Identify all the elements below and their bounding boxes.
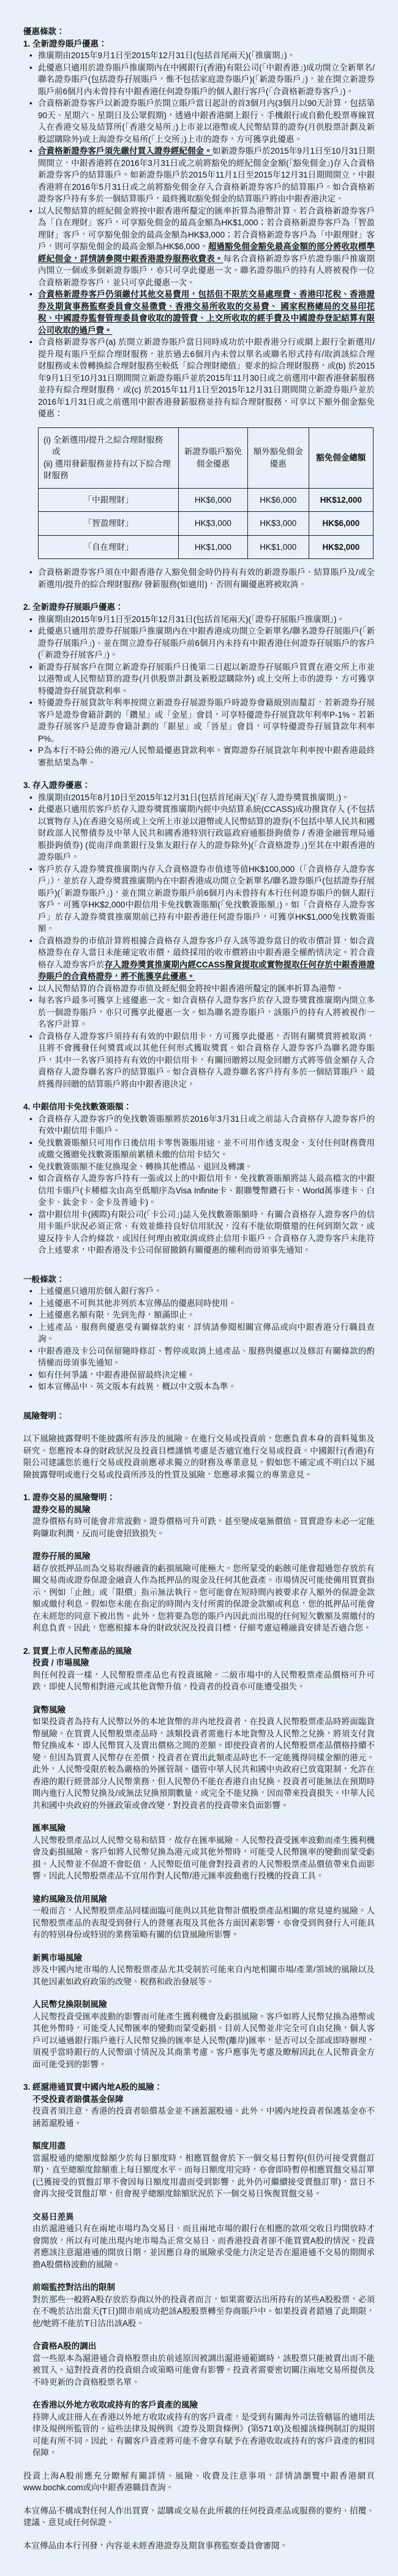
bullet-item: 免找數簽賬額只可用作日後信用卡零售簽賬用途，並不可用作透支現金、支付任何財務費用… xyxy=(23,1137,375,1161)
bullet-item: 新證券孖展客戶在開立新證券孖展賬戶日後第二日起以新證券孖展賬戶買賣在港交所上市並… xyxy=(23,661,375,697)
text-run: 合資格存入證券客戶的免找數簽賬額將於2016年3月31日或之前誌入合資格存入證券… xyxy=(38,1114,375,1136)
text-run: 投資 / 市場風險 xyxy=(32,1658,89,1667)
table-cell: HK$6,000 xyxy=(309,512,373,536)
text-run: 持牌人或註冊人在香港以外地方收取或持有的客戶資產，是受到有關海外司法管轄區的適用… xyxy=(32,2413,375,2458)
text-run: 合資格A股的調出 xyxy=(32,2341,96,2351)
table-cell: HK$6,000 xyxy=(247,488,309,512)
text-run: 一般條款： xyxy=(23,1275,65,1284)
text-run: 推廣期由2015年8月10日至2015年12月31日(包括首尾兩天)(「存入證券… xyxy=(38,793,350,802)
text-run: 合資格新證券客戶須在中銀香港存入豁免佣金時仍持有有效的新證券賬戶、結算賬戶及/或… xyxy=(38,568,375,589)
text-run: 貨幣風險 xyxy=(32,1705,66,1714)
risk-paragraph: 持牌人或註冊人在香港以外地方收取或持有的客戶資產，是受到有關海外司法管轄區的適用… xyxy=(23,2411,375,2459)
numbered-section-heading: 2. 買賣上市人民幣產品的風險 xyxy=(23,1645,375,1658)
bullet-item: 此優惠只適用於客戶於存入證券獎賞推廣期內經中央結算系統(CCASS)成功撥貨存入… xyxy=(23,803,375,863)
text-run: 合資格新證券客戶以新證券賬戶於開立賬戶當日起計的首3個月內(3個月以90天計算，… xyxy=(38,99,375,144)
text-run: 特優證券孖展貸款年利率按開立新證券孖展證券賬戶時證券會籍級別而釐訂，若新證券孖展… xyxy=(38,698,375,743)
risk-paragraph: 投資者須注意，香港的投資者賠償基金並不涵蓋滬股通。此外，中國內地投資者保護基金亦… xyxy=(23,2105,375,2129)
risk-subheading: 證券孖展的風險 xyxy=(23,1550,375,1563)
text-run: 以下風險披露聲明不能披露所有涉及的風險。在進行交易或投資前，您應負責本身的資料蒐… xyxy=(23,1434,375,1479)
table-cell: HK$12,000 xyxy=(309,488,373,512)
risk-paragraph: 當一些原本為滬港通合資格股票由於前述原因被調出滬港通範圍時，該股票只能被賣出而不… xyxy=(23,2353,375,2389)
text-run: 由於滬港通只有在兩地市場均為交易日、而且兩地市場的銀行在相應的款項交收日均開放時… xyxy=(32,2224,375,2269)
section-number: 1. xyxy=(23,39,32,48)
text-run: 不受投資者賠償基金保障 xyxy=(32,2095,124,2104)
table-header-line: (ii) 選用發薪服務並持有以下綜合理財服務 xyxy=(43,458,173,482)
text-run: 投資上海A股前應充分瞭解有關詳情、風險、收費及注意事項，詳情請瀏覽中銀香港網頁w… xyxy=(23,2471,375,2493)
bullet-item: 此優惠只適用於證券賬戶推廣期內在中國銀行(香港)有限公司(「中銀香港」)成功開立… xyxy=(23,62,375,98)
table-header-line: (i) 全新選用/提升之綜合理財服務 xyxy=(43,434,173,446)
table-cell: HK$1,000 xyxy=(179,535,247,559)
bullet-item: 上述產品、服務與優惠受有關條款約束，詳情請參閱相關宣傳品或向中銀香港分行職員查詢… xyxy=(23,1321,375,1345)
bullet-item: 免找數簽賬額不能兌換現金、轉換其他禮品、退回及轉讓。 xyxy=(23,1161,375,1173)
table-header-cell: 豁免佣金總額 xyxy=(309,427,373,488)
bullet-item: 合資格存入證券客戶須持有有效的中銀信用卡，方可獲享此優惠，否則有關獎賞將被取消，… xyxy=(23,1031,375,1091)
table-cell: 「自在理財」 xyxy=(39,535,179,559)
bullet-item: 以人民幣結算的合資格證券市值及經紀佣金將按中銀香港所釐定的匯率折算為港幣。 xyxy=(23,983,375,995)
text-run: 額度用盡 xyxy=(32,2141,66,2150)
numbered-section-heading: 3. 經滬港通買賣中國內地A股的風險： xyxy=(23,2081,375,2093)
text-run: 對於那些一般將A股存放於券商以外的投資者而言，如果需要沽出所持有的某些A股股票，… xyxy=(32,2295,375,2328)
text-run: 上述優惠只適用於個人銀行客戶。 xyxy=(38,1286,162,1296)
section-number: 2. xyxy=(23,603,32,612)
risk-subheading: 匯率風險 xyxy=(23,1822,375,1834)
bullet-item: 合資格新證券客戶仍須繳付其他交易費用，包括但不限於交易處理費、香港印花稅、香港證… xyxy=(23,288,375,336)
section-number: 3. xyxy=(23,2082,32,2092)
risk-subheading: 在香港以外地方收取或持有的客戶資產的風險 xyxy=(23,2399,375,2411)
text-run: 投資者須注意，香港的投資者賠償基金並不涵蓋滬股通。此外，中國內地投資者保護基金亦… xyxy=(32,2106,375,2128)
text-run: 證券交易的風險 xyxy=(32,1505,91,1514)
risk-subheading: 不受投資者賠償基金保障 xyxy=(23,2093,375,2106)
text-run: 證券價格有時可能會非常波動。證券價格可升可跌，甚至變成毫無價值。買賣證券未必一定… xyxy=(32,1517,375,1538)
promo-terms-document: 優惠條款：1. 全新證券賬戶優惠：推廣期由2015年9月1日至2015年12月3… xyxy=(0,0,398,2576)
risk-subheading: 人民幣兌換限制風險 xyxy=(23,1999,375,2011)
bullet-item: 上述優惠名額有限，先到先得，額滿即止。 xyxy=(23,1309,375,1321)
risk-paragraph: 人民幣投資受匯率波動的影響而可能產生獲利機會及虧損風險。客戶如將人民幣兌換為港幣… xyxy=(23,2011,375,2071)
text-run: 如合資格存入證券客戶持有一張或以上的中銀信用卡，免找數簽賬額將誌入最高檔次的中銀… xyxy=(38,1174,375,1207)
text-run: 一般而言，人民幣股票產品同樣面臨可能與以其他貨幣計價股票產品相關的常見違約風險。… xyxy=(32,1906,375,1939)
text-run: 存入證券優惠： xyxy=(32,781,91,790)
closing-paragraph: 以下風險披露聲明不能披露所有涉及的風險。在進行交易或投資前，您應負責本身的資料蒐… xyxy=(23,1433,375,1481)
text-run: 風險聲明： xyxy=(23,1411,65,1421)
table-cell: HK$3,000 xyxy=(179,512,247,536)
text-run: 本宣傳品不構成對任何人作出買賣、認購或交易在此所載的任何投資產品或服務的要約、招… xyxy=(23,2506,375,2528)
text-run: 上述優惠不可與其他非列於本宣傳品的優惠同時使用。 xyxy=(38,1299,236,1308)
table-cell: HK$1,000 xyxy=(247,535,309,559)
bullet-item: 客戶於存入證券獎賞推廣期內存入合資格證券市值達等值HK$100,000（「合資格… xyxy=(23,863,375,935)
bullet-item: 以人民幣結算的經紀佣金將按中銀香港所釐定的匯率折算為港幣計算。若合資格新證券客戶… xyxy=(23,205,375,289)
text-run: 合資格存入證券客戶須持有有效的中銀信用卡，方可獲享此優惠，否則有關獎賞將被取消，… xyxy=(38,1032,375,1089)
table-cell: HK$3,000 xyxy=(247,512,309,536)
bullet-item: 如本宣傳品中、英文版本有歧異，概以中文版本為準。 xyxy=(23,1381,375,1393)
text-run: 此優惠只適用於證券賬戶推廣期內在中國銀行(香港)有限公司(「中銀香港」)成功開立… xyxy=(38,63,375,96)
text-run: 客戶於存入證券獎賞推廣期內存入合資格證券市值達等值HK$100,000（「合資格… xyxy=(38,865,375,934)
numbered-section-heading: 3. 存入證券優惠： xyxy=(23,779,375,792)
table-cell: HK$6,000 xyxy=(179,488,247,512)
bullet-item: 每名客戶最多可獲享上述優惠一次。如合資格存入證券客戶於存入證券獎賞推廣期內開立多… xyxy=(23,994,375,1031)
commission-waiver-table: (i) 全新選用/提升之綜合理財服務或(ii) 選用發薪服務並持有以下綜合理財服… xyxy=(38,427,374,560)
table-row: 「自在理財」HK$1,000HK$1,000HK$2,000 xyxy=(39,535,374,559)
text-run: 中銀信用卡免找數簽賬額： xyxy=(32,1102,132,1111)
text-run: 合資格新證券客戶須先繳付買入證券經紀佣金。 xyxy=(38,146,212,156)
risk-paragraph: 藉存放抵押品而為交易取得融資的虧損風險可能極大。您所蒙受的虧蝕可能會超過您存放於… xyxy=(23,1563,375,1634)
bullet-item: 推廣期由2015年9月1日至2015年12月31日(包括首尾兩天)(「證券孖展賬… xyxy=(23,614,375,626)
text-run: 人民幣股票產品以人民幣交易和結算，故存在匯率風險。人民幣投資受匯率波動而產生獲利… xyxy=(32,1836,375,1881)
table-cell: HK$2,000 xyxy=(309,535,373,559)
bullet-item: 合資格存入證券客戶的免找數簽賬額將於2016年3月31日或之前誌入合資格存入證券… xyxy=(23,1113,375,1137)
bullet-item: 特優證券孖展貸款年利率按開立新證券孖展證券賬戶時證券會籍級別而釐訂，若新證券孖展… xyxy=(23,697,375,745)
section-heading: 一般條款： xyxy=(23,1274,375,1286)
risk-subheading: 合資格A股的調出 xyxy=(23,2340,375,2353)
risk-subheading: 新興市場風險 xyxy=(23,1952,375,1964)
bullet-item: 如合資格存入證券客戶持有一張或以上的中銀信用卡，免找數簽賬額將誌入最高檔次的中銀… xyxy=(23,1173,375,1209)
risk-paragraph: 一般而言，人民幣股票產品同樣面臨可能與以其他貨幣計價股票產品相關的常見違約風險。… xyxy=(23,1905,375,1941)
text-run: 前端監控對沽出的限制 xyxy=(32,2283,115,2292)
text-run: 每名客戶最多可獲享上述優惠一次。如合資格存入證券客戶於存入證券獎賞推廣期內開立多… xyxy=(38,996,375,1029)
text-run: 經滬港通買賣中國內地A股的風險： xyxy=(32,2082,162,2092)
text-run: 免找數簽賬額不能兌換現金、轉換其他禮品、退回及轉讓。 xyxy=(38,1162,253,1171)
bullet-item: P為本行不時公佈的港元/人民幣最優惠貸款利率。實際證券孖展貸款年利率按中銀香港最… xyxy=(23,745,375,768)
text-run: 當一些原本為滬港通合資格股票由於前述原因被調出滬港通範圍時，該股票只能被賣出而不… xyxy=(32,2354,375,2387)
text-run: 當滬股通的總額度餘額少於每日額度時，相應買盤會於下一個交易日暫停(但仍可接受賣盤… xyxy=(32,2154,375,2199)
risk-paragraph: 涉及中國內地市場的人民幣股票產品尤其受制於可能來自內地相關市場/產業/領域的風險… xyxy=(23,1964,375,1988)
bullet-item: 推廣期由2015年9月1日至2015年12月31日(包括首尾兩天)(「推廣期」)… xyxy=(23,50,375,62)
table-header-line: 或 xyxy=(43,446,173,458)
text-run: 合資格新證券客戶仍須繳付其他交易費用，包括但不限於交易處理費、香港印花稅、香港證… xyxy=(38,290,375,335)
text-run: 人民幣兌換限制風險 xyxy=(32,2000,107,2009)
numbered-section-heading: 1. 證券交易的風險聲明： xyxy=(23,1492,375,1504)
bullet-item: 合資格新證券客戶須先繳付買入證券經紀佣金。如新證券賬戶於2015年9月1日至10… xyxy=(23,145,375,205)
text-run: 此優惠只適用於證券孖展賬戶推廣期內在中銀香港成功開立全新單名/聯名證券孖展賬戶(… xyxy=(38,626,375,659)
risk-subheading: 證券交易的風險 xyxy=(23,1504,375,1516)
section-heading: 優惠條款： xyxy=(23,26,375,38)
text-run: 買賣上市人民幣產品的風險 xyxy=(32,1647,132,1656)
document-body: 優惠條款：1. 全新證券賬戶優惠：推廣期由2015年9月1日至2015年12月3… xyxy=(23,26,375,2552)
bullet-item: 合資格新證券客戶須在中銀香港存入豁免佣金時仍持有有效的新證券賬戶、結算賬戶及/或… xyxy=(23,566,375,590)
text-run: 與任何投資一樣，人民幣股票產品也有投資風險。二級市場中的人民幣股票產品價格可升可… xyxy=(32,1670,375,1692)
text-run: 上述產品、服務與優惠受有關條款約束，詳情請參閱相關宣傳品或向中銀香港分行職員查詢… xyxy=(38,1323,375,1344)
text-run: 合資格新證券客戶(a) 於開立新證券賬戶當日同時成功於中銀香港分行或網上銀行全新… xyxy=(38,337,375,418)
bullet-item: 如有任何爭議，中銀香港保留最終決定權。 xyxy=(23,1369,375,1381)
text-run: 此優惠只適用於客戶於存入證券獎賞推廣期內經中央結算系統(CCASS)成功撥貨存入… xyxy=(38,805,375,862)
closing-paragraph: 本宣傳品由本行刊發，內容並未經香港證券及期貨事務監察委員會審閱。 xyxy=(23,2540,375,2552)
text-run: 如有任何爭議，中銀香港保留最終決定權。 xyxy=(38,1370,195,1380)
section-number: 1. xyxy=(23,1493,32,1502)
numbered-section-heading: 4. 中銀信用卡免找數簽賬額： xyxy=(23,1101,375,1113)
table-row: 「中銀理財」HK$6,000HK$6,000HK$12,000 xyxy=(39,488,374,512)
risk-subheading: 貨幣風險 xyxy=(23,1704,375,1716)
table-cell: 「智盈理財」 xyxy=(39,512,179,536)
risk-paragraph: 與任何投資一樣，人民幣股票產品也有投資風險。二級市場中的人民幣股票產品價格可升可… xyxy=(23,1669,375,1693)
bullet-item: 當中銀信用卡(國際)有限公司(「卡公司」)誌入免找數簽賬額時，有關合資格存入證券… xyxy=(23,1209,375,1256)
text-run: 證券交易的風險聲明： xyxy=(32,1493,115,1502)
bullet-item: 合資格新證券客戶(a) 於開立新證券賬戶當日同時成功於中銀香港分行或網上銀行全新… xyxy=(23,336,375,420)
numbered-section-heading: 2. 全新證券孖展賬戶優惠： xyxy=(23,601,375,614)
risk-paragraph: 證券價格有時可能會非常波動。證券價格可升可跌，甚至變成毫無價值。買賣證券未必一定… xyxy=(23,1515,375,1539)
table-header-row: (i) 全新選用/提升之綜合理財服務或(ii) 選用發薪服務並持有以下綜合理財服… xyxy=(39,427,374,488)
risk-subheading: 額度用盡 xyxy=(23,2140,375,2152)
bullet-item: 中銀香港及卡公司保留隨時修訂、暫停或取消上述產品、服務與優惠以及修訂有關條款的酌… xyxy=(23,1345,375,1369)
text-run: 當中銀信用卡(國際)有限公司(「卡公司」)誌入免找數簽賬額時，有關合資格存入證券… xyxy=(38,1210,375,1255)
closing-paragraph: 投資上海A股前應充分瞭解有關詳情、風險、收費及注意事項，詳情請瀏覽中銀香港網頁w… xyxy=(23,2470,375,2494)
text-run: 以人民幣結算的合資格證券市值及經紀佣金將按中銀香港所釐定的匯率折算為港幣。 xyxy=(38,984,344,993)
risk-subheading: 交易日差異 xyxy=(23,2211,375,2223)
risk-paragraph: 由於滬港通只有在兩地市場均為交易日、而且兩地市場的銀行在相應的款項交收日均開放時… xyxy=(23,2223,375,2270)
text-run: 證券孖展的風險 xyxy=(32,1552,91,1561)
bullet-item: 合資格新證券客戶以新證券賬戶於開立賬戶當日起計的首3個月內(3個月以90天計算，… xyxy=(23,97,375,145)
table-header-cell: 新證券賬戶豁免佣金優惠 xyxy=(179,427,247,488)
section-number: 3. xyxy=(23,781,32,790)
risk-subheading: 違約風險及信用風險 xyxy=(23,1893,375,1906)
risk-paragraph: 當滬股通的總額度餘額少於每日額度時，相應買盤會於下一個交易日暫停(但仍可接受賣盤… xyxy=(23,2152,375,2200)
text-run: 交易日差異 xyxy=(32,2212,74,2221)
text-run: 如本宣傳品中、英文版本有歧異，概以中文版本為準。 xyxy=(38,1382,236,1391)
closing-paragraph: 本宣傳品不構成對任何人作出買賣、認購或交易在此所載的任何投資產品或服務的要約、招… xyxy=(23,2505,375,2529)
risk-subheading: 前端監控對沽出的限制 xyxy=(23,2281,375,2294)
text-run: P為本行不時公佈的港元/人民幣最優惠貸款利率。實際證券孖展貸款年利率按中銀香港最… xyxy=(38,746,375,767)
bullet-item: 推廣期由2015年8月10日至2015年12月31日(包括首尾兩天)(「存入證券… xyxy=(23,792,375,804)
text-run: 新興市場風險 xyxy=(32,1953,82,1962)
risk-subheading: 投資 / 市場風險 xyxy=(23,1657,375,1669)
bullet-item: 上述優惠不可與其他非列於本宣傳品的優惠同時使用。 xyxy=(23,1297,375,1310)
bullet-item: 上述優惠只適用於個人銀行客戶。 xyxy=(23,1285,375,1297)
text-run: 全新證券孖展賬戶優惠： xyxy=(32,603,124,612)
text-run: 如果投資者為持有人民幣以外的本地貨幣的非內地投資者，在投資人民幣股票產品時將面臨… xyxy=(32,1717,375,1810)
text-run: 新證券孖展客戶在開立新證券孖展賬戶日後第二日起以新證券孖展賬戶買賣在港交所上市並… xyxy=(38,663,375,696)
section-number: 2. xyxy=(23,1647,32,1656)
text-run: 違約風險及信用風險 xyxy=(32,1894,107,1904)
text-run: 匯率風險 xyxy=(32,1823,66,1833)
text-run: 推廣期由2015年9月1日至2015年12月31日(包括首尾兩天)(「推廣期」)… xyxy=(38,51,295,60)
table-header-cell: 額外豁免佣金優惠 xyxy=(247,427,309,488)
text-run: 藉存放抵押品而為交易取得融資的虧損風險可能極大。您所蒙受的虧蝕可能會超過您存放於… xyxy=(32,1564,375,1633)
text-run: 全新證券賬戶優惠： xyxy=(32,39,107,48)
text-run: 推廣期由2015年9月1日至2015年12月31日(包括首尾兩天)(「證券孖展賬… xyxy=(38,615,345,624)
risk-paragraph: 對於那些一般將A股存放於券商以外的投資者而言，如果需要沽出所持有的某些A股股票，… xyxy=(23,2294,375,2330)
text-run: 涉及中國內地市場的人民幣股票產品尤其受制於可能來自內地相關市場/產業/領域的風險… xyxy=(32,1965,375,1986)
risk-paragraph: 如果投資者為持有人民幣以外的本地貨幣的非內地投資者，在投資人民幣股票產品時將面臨… xyxy=(23,1716,375,1811)
table-cell: 「中銀理財」 xyxy=(39,488,179,512)
text-run: 在香港以外地方收取或持有的客戶資產的風險 xyxy=(32,2400,198,2409)
bullet-item: 此優惠只適用於證券孖展賬戶推廣期內在中銀香港成功開立全新單名/聯名證券孖展賬戶(… xyxy=(23,625,375,661)
section-heading: 風險聲明： xyxy=(23,1410,375,1422)
table-row: 「智盈理財」HK$3,000HK$3,000HK$6,000 xyxy=(39,512,374,536)
numbered-section-heading: 1. 全新證券賬戶優惠： xyxy=(23,38,375,50)
text-run: 上述優惠名額有限，先到先得，額滿即止。 xyxy=(38,1310,195,1320)
text-run: 本宣傳品由本行刊發，內容並未經香港證券及期貨事務監察委員會審閱。 xyxy=(23,2541,288,2550)
section-number: 4. xyxy=(23,1102,32,1111)
table-header-cell: (i) 全新選用/提升之綜合理財服務或(ii) 選用發薪服務並持有以下綜合理財服… xyxy=(39,427,179,488)
text-run: 中銀香港及卡公司保留隨時修訂、暫停或取消上述產品、服務與優惠以及修訂有關條款的酌… xyxy=(38,1346,375,1368)
text-run: 優惠條款： xyxy=(23,27,65,36)
bullet-item: 合資格證券的市值計算將根據合資格存入證券客戶存入該等證券當日的收市價計算，如合資… xyxy=(23,935,375,983)
text-run: 免找數簽賬額只可用作日後信用卡零售簽賬用途，並不可用作透支現金、支付任何財務費用… xyxy=(38,1138,375,1160)
risk-paragraph: 人民幣股票產品以人民幣交易和結算，故存在匯率風險。人民幣投資受匯率波動而產生獲利… xyxy=(23,1834,375,1882)
text-run: 人民幣投資受匯率波動的影響而可能產生獲利機會及虧損風險。客戶如將人民幣兌換為港幣… xyxy=(32,2012,375,2069)
